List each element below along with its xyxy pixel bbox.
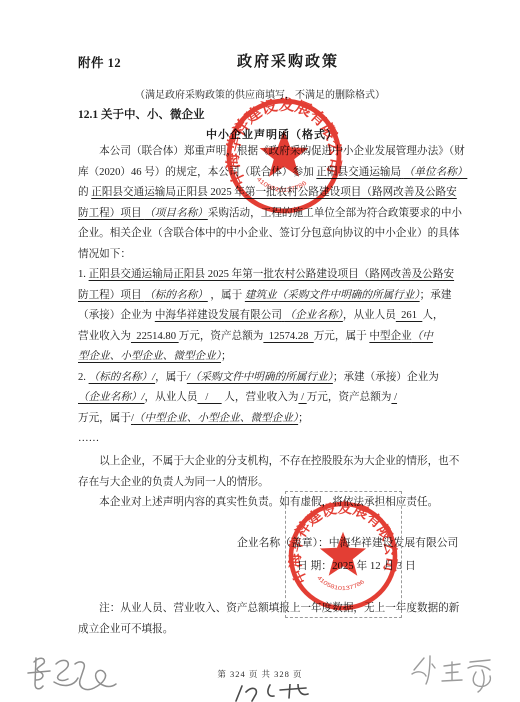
section-heading: 12.1 关于中、小、微企业: [78, 106, 205, 122]
text-line: 营业收入为 22514.80 万元，资产总额为 12574.28 万元，属于 中…: [78, 327, 467, 348]
handwritten-signature-right: [402, 650, 512, 700]
text-line: （企业名称）/，从业人员 / 人，营业收入为 / 万元，资产总额为 /: [78, 388, 467, 409]
page-title: 政府采购政策: [237, 50, 339, 71]
stamp-selection-box[interactable]: [285, 491, 402, 618]
handwritten-signature-left: [20, 652, 125, 700]
text-line: ……: [78, 429, 467, 450]
attachment-label: 附件 12: [78, 53, 121, 71]
text-line: 情况如下：: [78, 245, 467, 266]
document-page: 附件 12 政府采购政策 （满足政府采购政策的供应商填写，不满足的删除格式） 1…: [0, 0, 520, 702]
text-line: 存在与大企业的负责人为同一人的情形。: [78, 473, 459, 494]
svg-text:4105810137786: 4105810137786: [255, 176, 309, 194]
text-line: 型企业、小型企业、微型企业）；: [78, 347, 467, 368]
company-seal-stamp[interactable]: 中海华祥建设发展有限公司4105810137786: [219, 91, 349, 226]
text-line: 以上企业，不属于大企业的分支机构，不存在控股股东为大企业的情形，也不: [78, 452, 459, 473]
text-line: 企业。相关企业（含联合体中的中小企业、签订分包意向协议的中小企业）的具体: [78, 224, 467, 245]
text-line: （承接）企业为 中海华祥建设发展有限公司 （企业名称），从业人员 261 人，: [78, 306, 467, 327]
text-line: 1. 正阳县交通运输局正阳县 2025 年第一批农村公路建设项目（路网改善及公路…: [78, 265, 467, 286]
text-line: 万元，属于/（中型企业、小型企业、微型企业）；: [78, 409, 467, 430]
text-line: 防工程）项目 （标的名称） ，属于 建筑业（采购文件中明确的所属行业）；承建: [78, 286, 467, 307]
text-line: 2. （标的名称）/，属于/（采购文件中明确的所属行业）；承建（承接）企业为: [78, 368, 467, 389]
handwritten-signature-bottom: [232, 684, 322, 702]
